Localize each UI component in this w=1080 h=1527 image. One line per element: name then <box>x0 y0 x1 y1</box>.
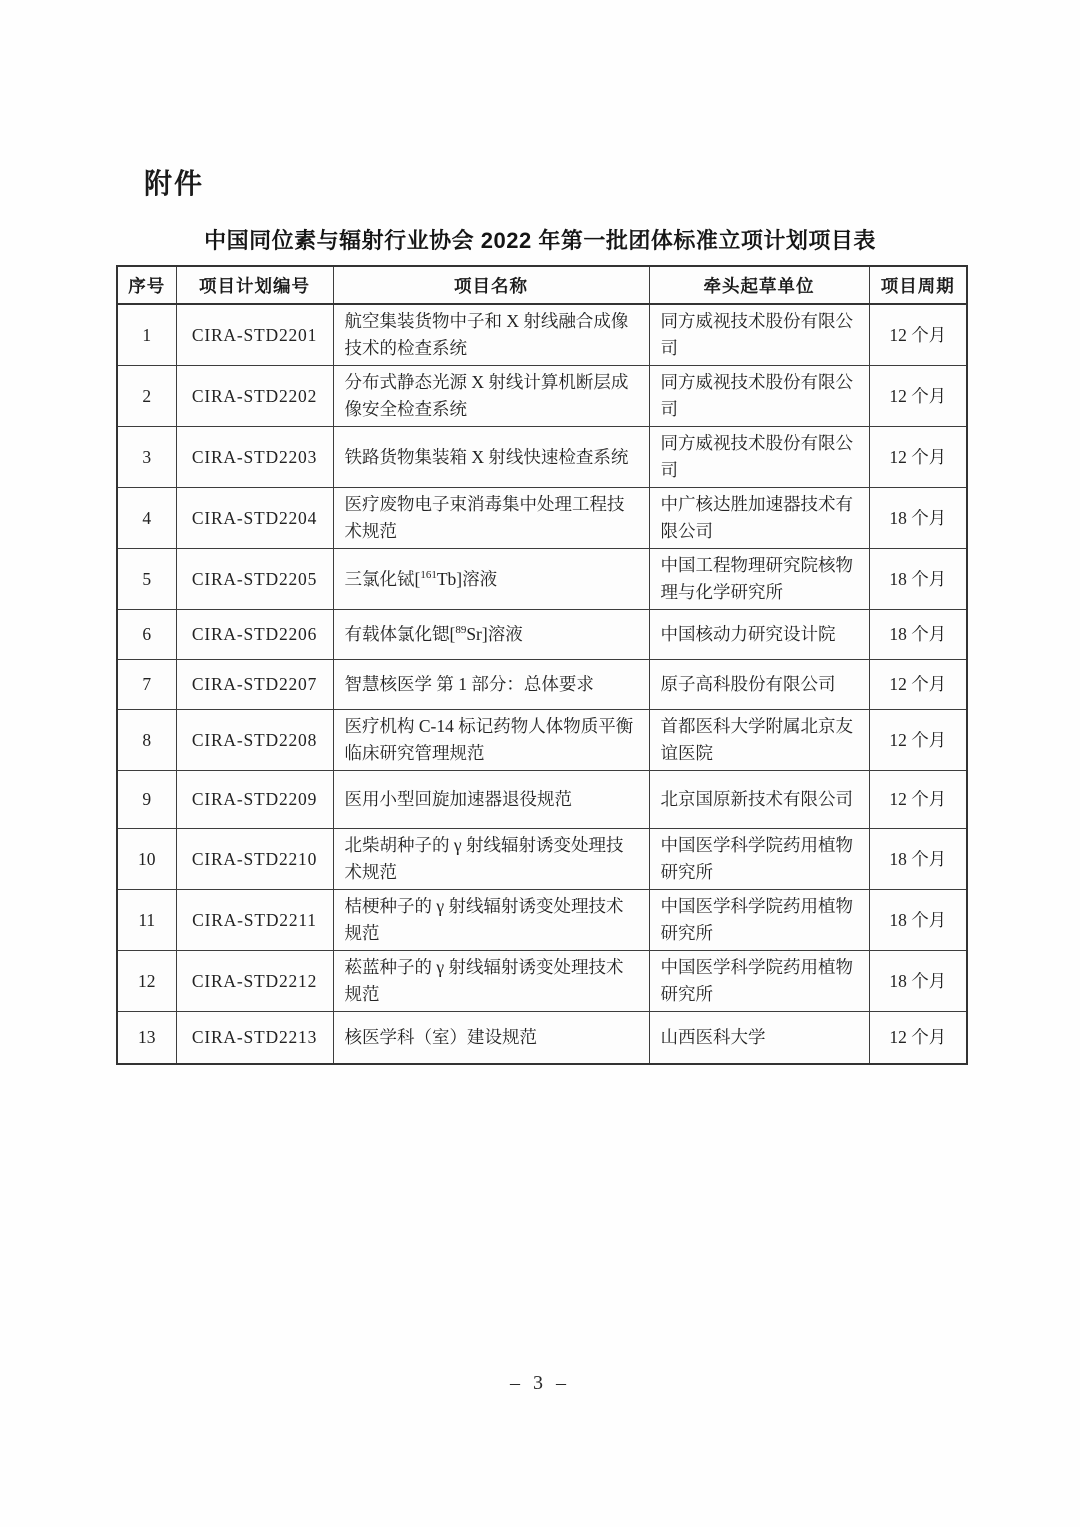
project-code-cell: CIRA-STD2213 <box>176 1012 333 1064</box>
project-code: CIRA-STD2209 <box>192 789 317 809</box>
drafting-org-cell: 中国核动力研究设计院 <box>649 610 869 660</box>
project-name-cell: 有载体氯化锶[89Sr]溶液 <box>333 610 649 660</box>
project-code-cell: CIRA-STD2203 <box>176 427 333 488</box>
project-period-cell: 18 个月 <box>869 610 967 660</box>
row-no-cell: 4 <box>117 488 176 549</box>
project-name-cell: 铁路货物集装箱 X 射线快速检查系统 <box>333 427 649 488</box>
row-no-cell: 3 <box>117 427 176 488</box>
project-period-cell: 12 个月 <box>869 710 967 771</box>
project-name-prefix: 三氯化铽[ <box>345 569 421 589</box>
project-name-cell: 三氯化铽[161Tb]溶液 <box>333 549 649 610</box>
project-name-cell: 菘蓝种子的 γ 射线辐射诱变处理技术规范 <box>333 951 649 1012</box>
project-code-cell: CIRA-STD2209 <box>176 771 333 829</box>
project-code-cell: CIRA-STD2212 <box>176 951 333 1012</box>
project-name-cell: 智慧核医学 第 1 部分：总体要求 <box>333 660 649 710</box>
row-no-cell: 8 <box>117 710 176 771</box>
drafting-org-cell: 同方威视技术股份有限公司 <box>649 427 869 488</box>
isotope-mass-superscript: 89 <box>455 624 466 636</box>
project-code-cell: CIRA-STD2206 <box>176 610 333 660</box>
row-no-cell: 6 <box>117 610 176 660</box>
table-row: 9 CIRA-STD2209 医用小型回旋加速器退役规范 北京国原新技术有限公司… <box>117 771 967 829</box>
project-name-cell: 桔梗种子的 γ 射线辐射诱变处理技术规范 <box>333 890 649 951</box>
table-header-row: 序号 项目计划编号 项目名称 牵头起草单位 项目周期 <box>117 266 967 304</box>
drafting-org-cell: 中广核达胜加速器技术有限公司 <box>649 488 869 549</box>
project-code-cell: CIRA-STD2210 <box>176 829 333 890</box>
drafting-org-cell: 同方威视技术股份有限公司 <box>649 366 869 427</box>
drafting-org-cell: 中国工程物理研究院核物理与化学研究所 <box>649 549 869 610</box>
row-no-cell: 9 <box>117 771 176 829</box>
table-row: 7 CIRA-STD2207 智慧核医学 第 1 部分：总体要求 原子高科股份有… <box>117 660 967 710</box>
project-name-cell: 北柴胡种子的 γ 射线辐射诱变处理技术规范 <box>333 829 649 890</box>
project-code-cell: CIRA-STD2202 <box>176 366 333 427</box>
row-no-cell: 11 <box>117 890 176 951</box>
table-row: 8 CIRA-STD2208 医疗机构 C-14 标记药物人体物质平衡临床研究管… <box>117 710 967 771</box>
drafting-org-cell: 山西医科大学 <box>649 1012 869 1064</box>
project-code-cell: CIRA-STD2208 <box>176 710 333 771</box>
project-period-cell: 12 个月 <box>869 366 967 427</box>
project-name-cell: 医疗机构 C-14 标记药物人体物质平衡临床研究管理规范 <box>333 710 649 771</box>
project-code: CIRA-STD2207 <box>192 674 317 694</box>
project-code: CIRA-STD2206 <box>192 624 317 644</box>
drafting-org-cell: 原子高科股份有限公司 <box>649 660 869 710</box>
drafting-org-cell: 同方威视技术股份有限公司 <box>649 304 869 366</box>
project-period-cell: 18 个月 <box>869 890 967 951</box>
row-no-cell: 13 <box>117 1012 176 1064</box>
header-no: 序号 <box>117 266 176 304</box>
project-code-cell: CIRA-STD2207 <box>176 660 333 710</box>
header-org: 牵头起草单位 <box>649 266 869 304</box>
row-no-cell: 12 <box>117 951 176 1012</box>
project-name-suffix: Tb]溶液 <box>437 569 497 589</box>
project-period-cell: 18 个月 <box>869 951 967 1012</box>
project-name-cell: 医用小型回旋加速器退役规范 <box>333 771 649 829</box>
project-period-cell: 18 个月 <box>869 829 967 890</box>
attachment-label: 附件 <box>144 162 204 202</box>
project-period-cell: 18 个月 <box>869 549 967 610</box>
document-title: 中国同位素与辐射行业协会 2022 年第一批团体标准立项计划项目表 <box>115 224 965 255</box>
table-row: 3 CIRA-STD2203 铁路货物集装箱 X 射线快速检查系统 同方威视技术… <box>117 427 967 488</box>
table-row: 1 CIRA-STD2201 航空集装货物中子和 X 射线融合成像技术的检查系统… <box>117 304 967 366</box>
table-row: 2 CIRA-STD2202 分布式静态光源 X 射线计算机断层成像安全检查系统… <box>117 366 967 427</box>
project-code-cell: CIRA-STD2201 <box>176 304 333 366</box>
page-number: – 3 – <box>0 1372 1080 1395</box>
header-code: 项目计划编号 <box>176 266 333 304</box>
row-no-cell: 1 <box>117 304 176 366</box>
drafting-org-cell: 中国医学科学院药用植物研究所 <box>649 951 869 1012</box>
project-name-cell: 分布式静态光源 X 射线计算机断层成像安全检查系统 <box>333 366 649 427</box>
table-row: 11 CIRA-STD2211 桔梗种子的 γ 射线辐射诱变处理技术规范 中国医… <box>117 890 967 951</box>
project-period-cell: 12 个月 <box>869 304 967 366</box>
project-code: CIRA-STD2201 <box>192 325 317 345</box>
document-page: 附件 中国同位素与辐射行业协会 2022 年第一批团体标准立项计划项目表 序号 … <box>0 0 1080 1527</box>
header-period: 项目周期 <box>869 266 967 304</box>
drafting-org-cell: 中国医学科学院药用植物研究所 <box>649 829 869 890</box>
project-name-prefix: 有载体氯化锶[ <box>345 624 456 644</box>
table-row: 5 CIRA-STD2205 三氯化铽[161Tb]溶液 中国工程物理研究院核物… <box>117 549 967 610</box>
table-row: 4 CIRA-STD2204 医疗废物电子束消毒集中处理工程技术规范 中广核达胜… <box>117 488 967 549</box>
table-row: 6 CIRA-STD2206 有载体氯化锶[89Sr]溶液 中国核动力研究设计院… <box>117 610 967 660</box>
project-code: CIRA-STD2210 <box>192 849 317 869</box>
drafting-org-cell: 首都医科大学附属北京友谊医院 <box>649 710 869 771</box>
project-code: CIRA-STD2208 <box>192 730 317 750</box>
project-name-cell: 航空集装货物中子和 X 射线融合成像技术的检查系统 <box>333 304 649 366</box>
drafting-org-cell: 中国医学科学院药用植物研究所 <box>649 890 869 951</box>
project-code: CIRA-STD2202 <box>192 386 317 406</box>
project-period-cell: 12 个月 <box>869 771 967 829</box>
drafting-org-cell: 北京国原新技术有限公司 <box>649 771 869 829</box>
project-period-cell: 12 个月 <box>869 427 967 488</box>
project-code: CIRA-STD2204 <box>192 508 317 528</box>
project-code: CIRA-STD2211 <box>192 910 317 930</box>
project-code: CIRA-STD2203 <box>192 447 317 467</box>
project-code-cell: CIRA-STD2205 <box>176 549 333 610</box>
project-name-cell: 核医学科（室）建设规范 <box>333 1012 649 1064</box>
project-period-cell: 12 个月 <box>869 660 967 710</box>
isotope-mass-superscript: 161 <box>420 569 437 581</box>
table-row: 13 CIRA-STD2213 核医学科（室）建设规范 山西医科大学 12 个月 <box>117 1012 967 1064</box>
row-no-cell: 2 <box>117 366 176 427</box>
project-period-cell: 18 个月 <box>869 488 967 549</box>
project-code-cell: CIRA-STD2211 <box>176 890 333 951</box>
table-row: 12 CIRA-STD2212 菘蓝种子的 γ 射线辐射诱变处理技术规范 中国医… <box>117 951 967 1012</box>
project-name-suffix: Sr]溶液 <box>466 624 522 644</box>
row-no-cell: 10 <box>117 829 176 890</box>
table-row: 10 CIRA-STD2210 北柴胡种子的 γ 射线辐射诱变处理技术规范 中国… <box>117 829 967 890</box>
row-no-cell: 5 <box>117 549 176 610</box>
project-period-cell: 12 个月 <box>869 1012 967 1064</box>
standards-project-table: 序号 项目计划编号 项目名称 牵头起草单位 项目周期 1 CIRA-STD220… <box>116 265 968 1065</box>
project-code-cell: CIRA-STD2204 <box>176 488 333 549</box>
header-name: 项目名称 <box>333 266 649 304</box>
project-code: CIRA-STD2205 <box>192 569 317 589</box>
row-no-cell: 7 <box>117 660 176 710</box>
project-code: CIRA-STD2212 <box>192 971 317 991</box>
project-code: CIRA-STD2213 <box>192 1027 317 1047</box>
project-name-cell: 医疗废物电子束消毒集中处理工程技术规范 <box>333 488 649 549</box>
